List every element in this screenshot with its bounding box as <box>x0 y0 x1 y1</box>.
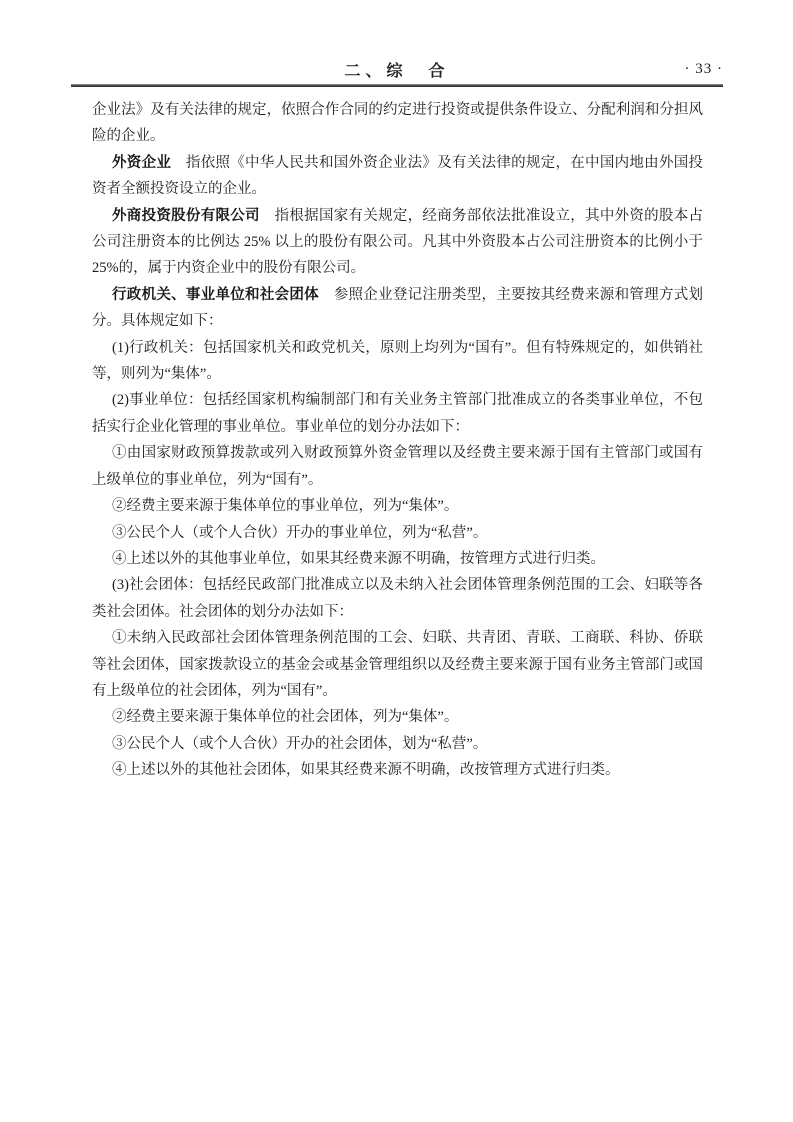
paragraph: 行政机关、事业单位和社会团体 参照企业登记注册类型，主要按其经费来源和管理方式划… <box>92 282 703 335</box>
paragraph: ②经费主要来源于集体单位的社会团体，列为“集体”。 <box>92 704 703 730</box>
paragraph: ①由国家财政预算拨款或列入财政预算外资金管理以及经费主要来源于国有主管部门或国有… <box>92 440 703 493</box>
paragraph: 外商投资股份有限公司 指根据国家有关规定，经商务部依法批准设立，其中外资的股本占… <box>92 203 703 282</box>
paragraph: ②经费主要来源于集体单位的事业单位，列为“集体”。 <box>92 493 703 519</box>
paragraph: ③公民个人（或个人合伙）开办的社会团体，划为“私营”。 <box>92 731 703 757</box>
page-number: · 33 · <box>685 61 724 78</box>
paragraph-text: ②经费主要来源于集体单位的社会团体，列为“集体”。 <box>112 709 458 725</box>
paragraph-headword: 外商投资股份有限公司 <box>112 208 260 224</box>
document-page: 二、综 合 · 33 · 企业法》及有关法律的规定，依照合作合同的约定进行投资或… <box>0 0 793 1122</box>
paragraph: (3)社会团体：包括经民政部门批准成立以及未纳入社会团体管理条例范围的工会、妇联… <box>92 572 703 625</box>
paragraph-text: ②经费主要来源于集体单位的事业单位，列为“集体”。 <box>112 498 458 514</box>
paragraph-text: (3)社会团体：包括经民政部门批准成立以及未纳入社会团体管理条例范围的工会、妇联… <box>92 577 703 619</box>
paragraph: (1)行政机关：包括国家机关和政党机关，原则上均列为“国有”。但有特殊规定的，如… <box>92 335 703 388</box>
paragraph-headword: 外资企业 <box>112 155 171 171</box>
paragraph-text: ③公民个人（或个人合伙）开办的事业单位，列为“私营”。 <box>112 525 487 541</box>
page-body: 企业法》及有关法律的规定，依照合作合同的约定进行投资或提供条件设立、分配利润和分… <box>92 97 703 784</box>
paragraph: ①未纳入民政部社会团体管理条例范围的工会、妇联、共青团、青联、工商联、科协、侨联… <box>92 625 703 704</box>
paragraph-text: ①由国家财政预算拨款或列入财政预算外资金管理以及经费主要来源于国有主管部门或国有… <box>92 445 703 487</box>
paragraph-text: 企业法》及有关法律的规定，依照合作合同的约定进行投资或提供条件设立、分配利润和分… <box>92 102 703 144</box>
paragraph: 企业法》及有关法律的规定，依照合作合同的约定进行投资或提供条件设立、分配利润和分… <box>92 97 703 150</box>
paragraph: ③公民个人（或个人合伙）开办的事业单位，列为“私营”。 <box>92 520 703 546</box>
paragraph-headword: 行政机关、事业单位和社会团体 <box>112 287 319 303</box>
paragraph: ④上述以外的其他事业单位，如果其经费来源不明确，按管理方式进行归类。 <box>92 546 703 572</box>
paragraph-text: ④上述以外的其他社会团体，如果其经费来源不明确，改按管理方式进行归类。 <box>112 762 620 778</box>
paragraph-text: ④上述以外的其他事业单位，如果其经费来源不明确，按管理方式进行归类。 <box>112 551 605 567</box>
paragraph: ④上述以外的其他社会团体，如果其经费来源不明确，改按管理方式进行归类。 <box>92 757 703 783</box>
paragraph: 外资企业 指依照《中华人民共和国外资企业法》及有关法律的规定，在中国内地由外国投… <box>92 150 703 203</box>
paragraph: (2)事业单位：包括经国家机构编制部门和有关业务主管部门批准成立的各类事业单位，… <box>92 387 703 440</box>
paragraph-text: 指依照《中华人民共和国外资企业法》及有关法律的规定，在中国内地由外国投资者全额投… <box>92 155 703 197</box>
header-rule <box>71 84 723 87</box>
paragraph-text: ③公民个人（或个人合伙）开办的社会团体，划为“私营”。 <box>112 736 487 752</box>
paragraph-text: (1)行政机关：包括国家机关和政党机关，原则上均列为“国有”。但有特殊规定的，如… <box>92 340 703 382</box>
paragraph-text: ①未纳入民政部社会团体管理条例范围的工会、妇联、共青团、青联、工商联、科协、侨联… <box>92 630 703 699</box>
section-title: 二、综 合 <box>71 58 723 81</box>
paragraph-text: (2)事业单位：包括经国家机构编制部门和有关业务主管部门批准成立的各类事业单位，… <box>92 392 703 434</box>
